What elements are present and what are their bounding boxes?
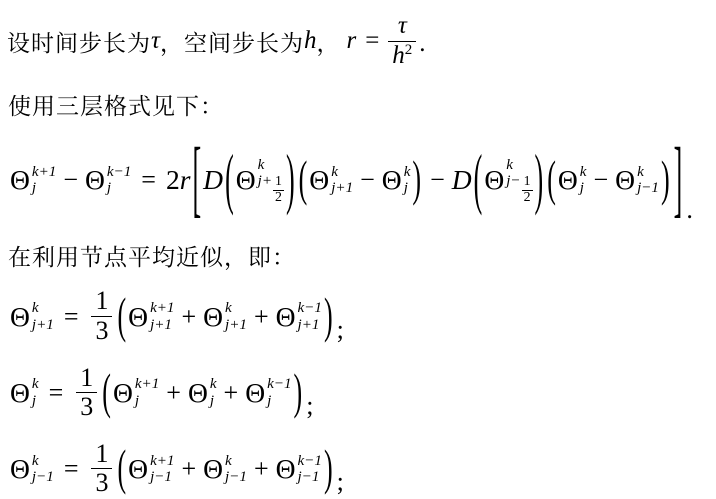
comma: ，	[160, 25, 184, 58]
variable: D	[203, 166, 223, 194]
base-symbol: 2	[166, 166, 180, 194]
superscript: k	[32, 300, 39, 316]
variable: r	[180, 166, 191, 194]
subscript: j	[135, 393, 139, 409]
theta-term: Θk+1j−1	[128, 453, 174, 486]
subscript: j−1	[225, 469, 247, 485]
punctuation: ;	[306, 391, 313, 421]
subscript: j−1	[298, 469, 320, 485]
superscript: k	[210, 376, 217, 392]
parenthesis: (	[474, 146, 483, 214]
theta-term: Θkj	[188, 376, 217, 409]
subscript: j	[32, 180, 36, 196]
theta-term: Θkj−1	[615, 164, 659, 197]
operator: +	[254, 302, 269, 332]
paragraph-step-definition: 设时间步长为 τ ， 空间步长为 h ， r = τ h2 .	[7, 6, 716, 76]
superscript: k+1	[32, 164, 56, 180]
superscript: k	[506, 157, 513, 173]
superscript: k	[258, 157, 265, 173]
operator: =	[64, 454, 79, 484]
subscript: j−1	[637, 180, 659, 196]
superscript: k−1	[107, 164, 131, 180]
superscript: k	[32, 453, 39, 469]
base-symbol: Θ	[10, 379, 30, 407]
equation-average-j-plus-1: Θkj+1=13(Θk+1j+1+Θkj+1+Θk−1j+1);	[10, 287, 716, 345]
operator: +	[166, 378, 181, 408]
base-symbol: Θ	[558, 166, 578, 194]
r-symbol: r	[346, 27, 356, 55]
base-symbol: Θ	[188, 379, 208, 407]
scripts: kj	[580, 164, 587, 197]
paragraph-average-intro: 在利用节点平均近似，即：	[8, 239, 716, 272]
period: .	[419, 30, 425, 58]
base-symbol: Θ	[484, 166, 504, 194]
base-symbol: Θ	[85, 166, 105, 194]
h-symbol: h	[392, 42, 405, 69]
paragraph-scheme-intro: 使用三层格式见下：	[8, 88, 716, 121]
subscript-fraction: 12	[522, 175, 533, 205]
scripts: kj+1	[331, 164, 353, 197]
subscript-fraction-numerator: 1	[522, 175, 533, 190]
base-symbol: Θ	[615, 166, 635, 194]
fraction-tau-over-h2: τ h2	[388, 12, 416, 71]
fraction-numerator: τ	[394, 12, 411, 41]
parenthesis: (	[299, 156, 308, 205]
scripts: kj−1	[637, 164, 659, 197]
theta-term: Θkj+12	[236, 157, 284, 203]
superscript: k−1	[298, 300, 322, 316]
equation-average-j-minus-1: Θkj−1=13(Θk+1j−1+Θkj−1+Θk−1j−1);	[10, 440, 716, 498]
parenthesis: (	[102, 368, 111, 417]
subscript: j+1	[32, 317, 54, 333]
inline-math-r-definition: r = τ h2 .	[346, 12, 425, 71]
superscript: k+1	[135, 376, 159, 392]
base-symbol: D	[203, 166, 223, 194]
theta-term: Θk+1j	[113, 376, 159, 409]
equation-average-j: Θkj=13(Θk+1j+Θkj+Θk−1j);	[10, 364, 716, 422]
subscript: j	[32, 393, 36, 409]
square-bracket: ]	[674, 137, 683, 223]
subscript: j	[580, 180, 584, 196]
scripts: kj−1	[225, 453, 247, 486]
math-document: 设时间步长为 τ ， 空间步长为 h ， r = τ h2 . 使用三层格式见下…	[0, 0, 716, 499]
superscript: k+1	[150, 453, 174, 469]
exponent: 2	[405, 42, 413, 58]
subscript: j	[404, 180, 408, 196]
base-symbol: Θ	[309, 166, 329, 194]
scripts: k+1j+1	[150, 300, 174, 333]
subscript: j+1	[225, 317, 247, 333]
theta-term: Θkj−1	[203, 453, 247, 486]
operator: +	[224, 378, 239, 408]
theta-term: Θkj−1	[10, 453, 54, 486]
base-symbol: Θ	[128, 455, 148, 483]
scripts: kj+1	[225, 300, 247, 333]
equals-sign: =	[365, 27, 379, 55]
punctuation: ;	[337, 315, 344, 345]
subscript-fraction-denominator: 2	[273, 190, 284, 206]
subscript-fraction: 12	[273, 175, 284, 205]
text-run: 空间步长为	[184, 25, 304, 58]
subscript: j	[210, 393, 214, 409]
theta-term: Θkj	[382, 164, 411, 197]
operator: −	[360, 165, 375, 195]
superscript: k	[225, 300, 232, 316]
fraction-numerator: 1	[91, 440, 112, 469]
h-symbol: h	[304, 27, 317, 55]
subscript: j+1	[150, 317, 172, 333]
base-symbol: Θ	[10, 166, 30, 194]
superscript: k	[637, 164, 644, 180]
operator: =	[64, 302, 79, 332]
parenthesis: )	[412, 156, 421, 205]
subscript: j+12	[258, 173, 284, 203]
theta-term: Θkj+1	[203, 300, 247, 333]
base-symbol: Θ	[276, 303, 296, 331]
equation-three-level-scheme: Θk+1j−Θk−1j=2r[D(Θkj+12)(Θkj+1−Θkj)−D(Θk…	[10, 157, 716, 203]
scripts: kj	[210, 376, 217, 409]
theta-term: Θk−1j+1	[276, 300, 322, 333]
subscript-fraction-denominator: 2	[522, 190, 533, 206]
base-symbol: Θ	[203, 455, 223, 483]
theta-term: Θk−1j	[85, 164, 131, 197]
fraction-denominator: 3	[91, 468, 112, 498]
superscript: k	[225, 453, 232, 469]
subscript: j	[267, 393, 271, 409]
fraction: 13	[91, 440, 112, 498]
fraction: 13	[76, 364, 97, 422]
parenthesis: )	[294, 368, 303, 417]
parenthesis: )	[535, 146, 544, 214]
subscript: j+1	[298, 317, 320, 333]
base-symbol: Θ	[10, 303, 30, 331]
punctuation: ;	[337, 467, 344, 497]
operator: =	[49, 378, 64, 408]
theta-term: Θk−1j	[245, 376, 291, 409]
base-symbol: Θ	[128, 303, 148, 331]
operator: +	[254, 454, 269, 484]
theta-term: Θk+1j	[10, 164, 56, 197]
scripts: kj	[404, 164, 411, 197]
punctuation: .	[686, 195, 693, 225]
parenthesis: )	[661, 156, 670, 205]
parenthesis: (	[547, 156, 556, 205]
theta-term: Θkj+1	[10, 300, 54, 333]
square-bracket: [	[192, 137, 201, 223]
subscript: j−1	[150, 469, 172, 485]
scripts: k+1j	[32, 164, 56, 197]
fraction-denominator: h2	[388, 41, 416, 71]
superscript: k	[331, 164, 338, 180]
theta-term: Θkj+1	[309, 164, 353, 197]
operator: −	[430, 165, 445, 195]
parenthesis: (	[117, 444, 126, 493]
scripts: kj+1	[32, 300, 54, 333]
fraction-numerator: 1	[76, 364, 97, 393]
parenthesis: )	[286, 146, 295, 214]
superscript: k	[32, 376, 39, 392]
operator: +	[181, 454, 196, 484]
scripts: k−1j	[107, 164, 131, 197]
superscript: k+1	[150, 300, 174, 316]
operator: −	[63, 165, 78, 195]
scripts: k+1j	[135, 376, 159, 409]
text-run: 设时间步长为	[7, 25, 151, 58]
base-symbol: D	[452, 166, 472, 194]
base-symbol: Θ	[113, 379, 133, 407]
scripts: k−1j	[267, 376, 291, 409]
fraction-numerator: 1	[91, 287, 112, 316]
theta-term: Θkj−12	[484, 157, 532, 203]
base-symbol: Θ	[276, 455, 296, 483]
operator: −	[593, 165, 608, 195]
base-symbol: Θ	[382, 166, 402, 194]
superscript: k	[404, 164, 411, 180]
base-symbol: Θ	[245, 379, 265, 407]
theta-term: Θkj	[10, 376, 39, 409]
tau-symbol: τ	[151, 27, 160, 55]
operator: =	[141, 165, 156, 195]
subscript: j+1	[331, 180, 353, 196]
comma: ，	[316, 25, 340, 58]
parenthesis: )	[324, 444, 333, 493]
scripts: kj	[32, 376, 39, 409]
variable: D	[452, 166, 472, 194]
base-symbol: Θ	[203, 303, 223, 331]
superscript: k	[580, 164, 587, 180]
fraction: 13	[91, 287, 112, 345]
operator: +	[181, 302, 196, 332]
scripts: kj−1	[32, 453, 54, 486]
scripts: kj+12	[258, 157, 284, 203]
theta-term: Θk+1j+1	[128, 300, 174, 333]
scripts: k+1j−1	[150, 453, 174, 486]
scripts: kj−12	[506, 157, 532, 203]
base-symbol: Θ	[236, 166, 256, 194]
parenthesis: (	[117, 292, 126, 341]
subscript: j−1	[32, 469, 54, 485]
subscript: j−12	[506, 173, 532, 203]
superscript: k−1	[267, 376, 291, 392]
base-symbol: Θ	[10, 455, 30, 483]
theta-term: Θkj	[558, 164, 587, 197]
scripts: k−1j+1	[298, 300, 322, 333]
subscript: j	[107, 180, 111, 196]
superscript: k−1	[298, 453, 322, 469]
parenthesis: )	[324, 292, 333, 341]
subscript-fraction-numerator: 1	[273, 175, 284, 190]
parenthesis: (	[225, 146, 234, 214]
variable: 2	[166, 166, 180, 194]
theta-term: Θk−1j−1	[276, 453, 322, 486]
fraction-denominator: 3	[76, 392, 97, 422]
base-symbol: r	[180, 166, 191, 194]
scripts: k−1j−1	[298, 453, 322, 486]
fraction-denominator: 3	[91, 316, 112, 346]
